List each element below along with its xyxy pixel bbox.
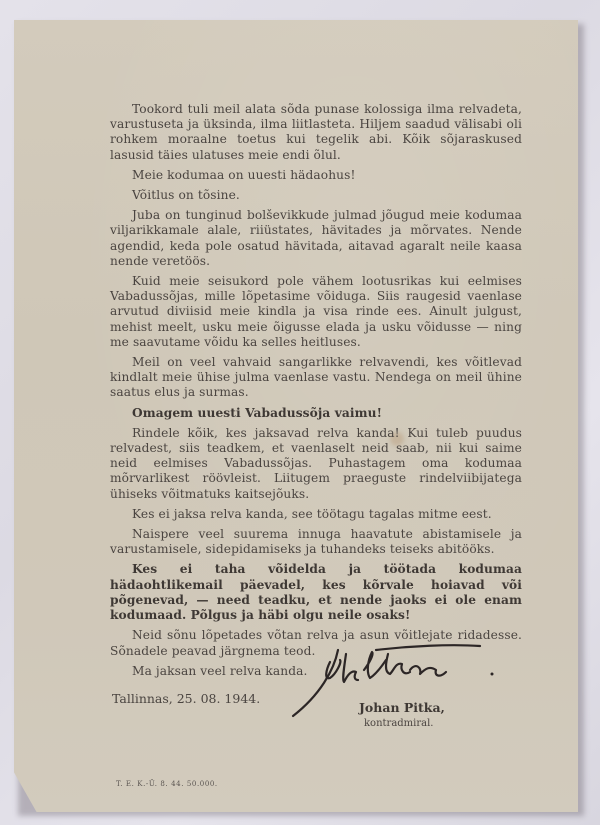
paragraph: Meie kodumaa on uuesti hädaohus! [110,168,522,183]
paragraph: Kes ei jaksa relva kanda, see töötagu ta… [110,507,522,522]
bold-paragraph: Kes ei taha võidelda ja töötada kodumaa … [110,562,522,623]
signatory-title: kontradmiral. [364,718,433,729]
bold-heading: Omagem uuesti Vabadussõja vaimu! [110,406,522,421]
place-date: Tallinnas, 25. 08. 1944. [112,691,260,706]
paragraph: Meil on veel vahvaid sangarlikke relvave… [110,355,522,401]
paragraph: Tookord tuli meil alata sõda punase kolo… [110,102,522,163]
printer-mark: T. E. K.-Ü. 8. 44. 50.000. [116,780,218,788]
signatory-name: Johan Pitka, [359,700,445,715]
paragraph: Juba on tunginud bolševikkude julmad jõu… [110,208,522,269]
paragraph: Võitlus on tõsine. [110,188,522,203]
paragraph: Kuid meie seisukord pole vähem lootusrik… [110,274,522,350]
paragraph: Naispere veel suurema innuga haavatute a… [110,527,522,557]
document-body: Tookord tuli meil alata sõda punase kolo… [110,102,522,684]
paragraph: Rindele kõik, kes jaksavad relva kanda! … [110,426,522,502]
